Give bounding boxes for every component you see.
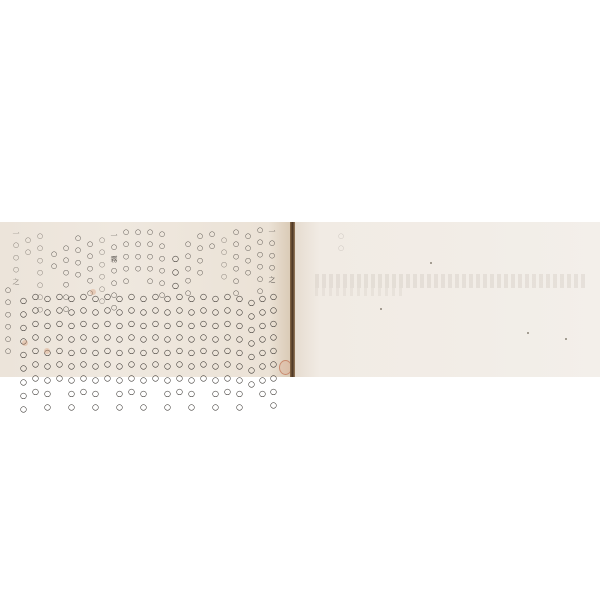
text-column: ○ ○ (208, 230, 215, 251)
text-column: ○ ○ ○ ○ ○ ○ ○ ○ ○ (116, 294, 123, 412)
left-page: 一 ○ ○ ○ 之 ○ ○ ○ ○ ○ ○ ○ ○ ○ ○ ○ ○ ○ ○ ○ … (0, 222, 292, 377)
marginal-note: ○ ○ (337, 232, 344, 253)
text-column: ○ ○ ○ ○ ○ ○ ○ ○ (80, 292, 87, 397)
bleed-through-text (315, 288, 405, 296)
text-column: ○ ○ ○ ○ ○ ○ (158, 230, 165, 300)
text-column: ○ ○ (24, 236, 31, 257)
text-column: ○ ○ ○ ○ (220, 236, 227, 282)
text-column: ○ ○ ○ ○ ○ ○ (232, 228, 239, 298)
text-column: ○ ○ ○ ○ (74, 234, 81, 280)
text-column: ○ ○ ○ ○ ○ ○ ○ ○ ○ (212, 294, 219, 412)
text-column: 一 ○ ○ ○ 之 (268, 228, 275, 284)
text-column: ○ ○ ○ ○ ○ ○ ○ (200, 292, 207, 383)
text-column: ○ ○ ○ ○ ○ ○ ○ ○ (259, 294, 266, 399)
text-column: ○ ○ ○ ○ ○ ○ ○ (248, 298, 255, 389)
text-column: 一 ○ ○ ○ 之 (12, 230, 19, 286)
text-column: ○ ○ ○ ○ ○ ○ ○ ○ ○ (92, 294, 99, 412)
text-column: ○ ○ ○ ○ ○ ○ (4, 286, 11, 356)
text-column: ○ ○ ○ ○ ○ ○ ○ ○ (176, 292, 183, 397)
paper-speck (380, 308, 382, 310)
text-column: ○ ○ ○ ○ ○ ○ ○ ○ (224, 292, 231, 397)
text-column: ○ ○ ○ (172, 254, 179, 291)
text-column: ○ ○ ○ ○ ○ ○ ○ ○ ○ (140, 294, 147, 412)
text-column: ○ ○ ○ ○ ○ ○ (256, 226, 263, 296)
text-column: ○ ○ ○ ○ ○ ○ ○ (152, 292, 159, 383)
text-column: ○ ○ ○ ○ ○ ○ ○ ○ ○ (20, 296, 27, 414)
text-column: ○ ○ ○ ○ ○ (122, 228, 129, 286)
text-column: ○ ○ ○ ○ ○ (184, 240, 191, 298)
text-column: ○ ○ ○ ○ ○ ○ ○ ○ ○ (68, 294, 75, 412)
text-column: ○ ○ (50, 250, 57, 271)
paper-speck (430, 262, 432, 264)
text-column: ○ ○ ○ ○ ○ ○ ○ ○ (128, 292, 135, 397)
text-column: ○ ○ ○ ○ ○ ○ ○ ○ (32, 292, 39, 397)
ink-stain (22, 340, 28, 346)
text-column: ○ ○ ○ ○ ○ ○ ○ (56, 292, 63, 383)
text-column: ○ ○ ○ ○ ○ (146, 228, 153, 286)
paper-speck (565, 338, 567, 340)
ink-stain (44, 348, 50, 354)
text-column: ○ ○ ○ ○ ○ ○ ○ ○ ○ (164, 294, 171, 412)
text-column: ○ ○ ○ ○ ○ ○ ○ ○ ○ (236, 294, 243, 412)
text-column: ○ ○ ○ ○ (196, 232, 203, 278)
ink-stain (90, 289, 96, 295)
text-column: ○ ○ ○ ○ (244, 232, 251, 278)
bleed-through-text (315, 274, 585, 288)
text-column: ○ ○ ○ ○ ○ ○ ○ ○ ○ (188, 294, 195, 412)
text-column: ○ ○ ○ ○ ○ ○ ○ ○ ○ (270, 292, 277, 410)
open-manuscript-book: 一 ○ ○ ○ 之 ○ ○ ○ ○ ○ ○ ○ ○ ○ ○ ○ ○ ○ ○ ○ … (0, 222, 600, 377)
text-column: ○ ○ ○ ○ (134, 228, 141, 274)
paper-speck (527, 332, 529, 334)
text-column: ○ ○ ○ ○ ○ ○ ○ (104, 292, 111, 383)
right-page: ○ ○ (295, 222, 600, 377)
